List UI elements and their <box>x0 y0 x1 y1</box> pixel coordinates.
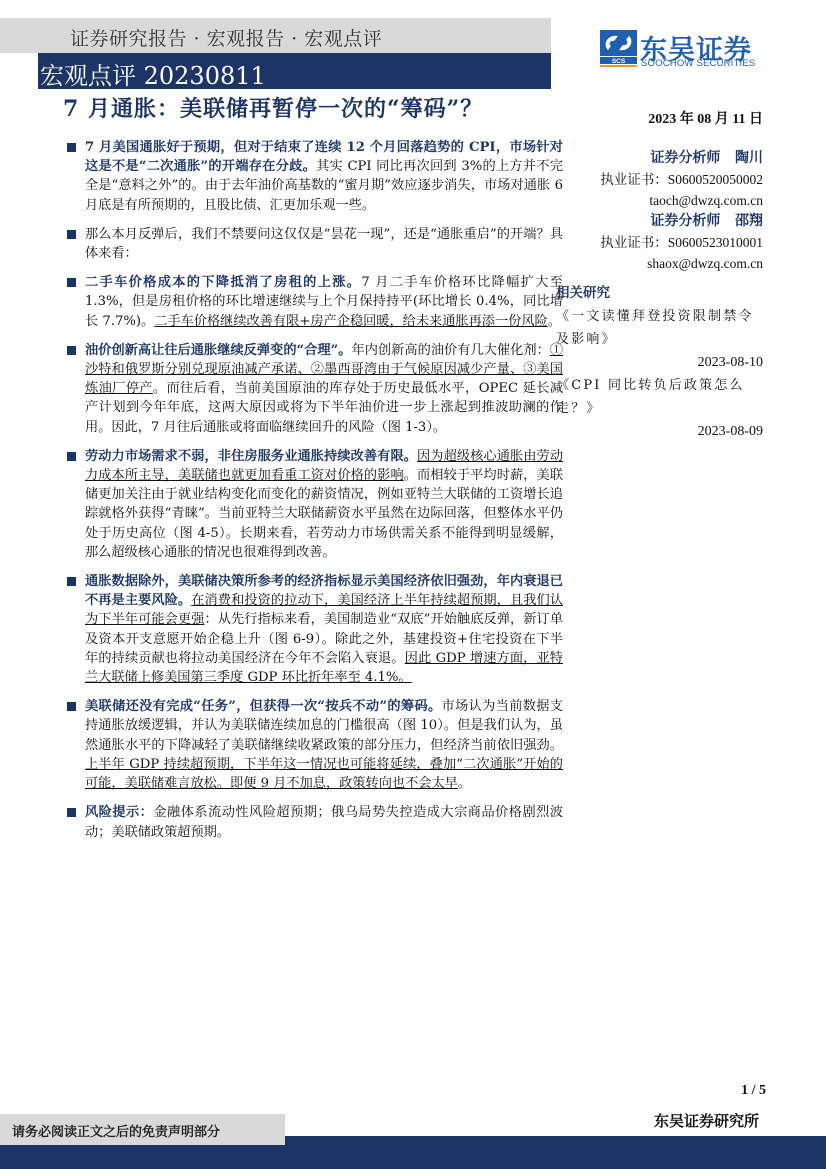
bullet-square-icon <box>67 230 76 239</box>
bullet-square-icon <box>67 702 76 711</box>
bullet-square-icon <box>67 143 76 152</box>
related-item-date: 2023-08-09 <box>556 420 763 443</box>
logo-en: SOOCHOW SECURITIES <box>641 58 755 69</box>
related-item-title[interactable]: 《一文读懂拜登投资限制禁令及影响》 <box>556 305 763 351</box>
related-item-title[interactable]: 《CPI 同比转负后政策怎么走？》 <box>556 374 763 420</box>
analyst-cert: 执业证书：S0600520050002 <box>583 169 763 190</box>
bullet-item: 风险提示：金融体系流动性风险超预期；俄乌局势失控造成大宗商品价格剧烈波动；美联储… <box>63 803 563 841</box>
related-heading: 相关研究 <box>556 282 763 305</box>
analyst-role: 证券分析师 <box>650 213 720 229</box>
scs-logo-icon: SCS <box>600 30 637 67</box>
bullet-item: 通胀数据除外，美联储决策所参考的经济指标显示美国经济依旧强劲，年内衰退已不再是主… <box>63 572 563 687</box>
analyst-panel: 证券分析师 陶川 执业证书：S0600520050002 taoch@dwzq.… <box>583 148 763 274</box>
analyst-card: 证券分析师 陶川 执业证书：S0600520050002 taoch@dwzq.… <box>583 148 763 211</box>
bullet-item: 二手车价格成本的下降抵消了房租的上涨。7 月二手车价格环比降幅扩大至 1.3%，… <box>63 273 563 331</box>
analyst-name: 陶川 <box>735 150 763 166</box>
bullet-item: 劳动力市场需求不弱，非住房服务业通胀持续改善有限。因为超级核心通胀由劳动力成本所… <box>63 447 563 562</box>
bullet-item: 油价创新高让往后通胀继续反弹变的“合理”。年内创新高的油价有几大催化剂：①沙特和… <box>63 341 563 437</box>
header-breadcrumb-bar: 证券研究报告 · 宏观报告 · 宏观点评 <box>0 18 551 53</box>
disclaimer-text: 请务必阅读正文之后的免责声明部分 <box>12 1121 220 1140</box>
bullet-square-icon <box>67 808 76 817</box>
bullet-item: 那么本月反弹后，我们不禁要问这仅仅是“昙花一现”，还是“通胀重启”的开端？具体来… <box>63 225 563 263</box>
breadcrumb: 证券研究报告 · 宏观报告 · 宏观点评 <box>70 24 382 51</box>
analyst-email[interactable]: shaox@dwzq.com.cn <box>583 253 763 274</box>
header-series-bar: 宏观点评 20230811 <box>38 53 551 89</box>
analyst-name: 邵翔 <box>735 213 763 229</box>
company-logo: SCS 东吴证券 SOOCHOW SECURITIES <box>600 30 770 70</box>
related-research: 相关研究 《一文读懂拜登投资限制禁令及影响》 2023-08-10 《CPI 同… <box>556 282 763 443</box>
svg-text:SCS: SCS <box>612 58 626 65</box>
page-title: 7 月通胀：美联储再暂停一次的“筹码”？ <box>63 92 483 123</box>
footer-org: 东吴证券研究所 <box>654 1110 759 1131</box>
bullet-item: 美联储还没有完成“任务”，但获得一次“按兵不动”的筹码。市场认为当前数据支持通胀… <box>63 697 563 793</box>
bullet-square-icon <box>67 577 76 586</box>
disclaimer-bar: 请务必阅读正文之后的免责声明部分 <box>0 1114 285 1145</box>
bullet-item: 7 月美国通胀好于预期，但对于结束了连续 12 个月回落趋势的 CPI，市场针对… <box>63 138 563 215</box>
analyst-card: 证券分析师 邵翔 执业证书：S0600523010001 shaox@dwzq.… <box>583 211 763 274</box>
bullet-square-icon <box>67 346 76 355</box>
summary-bullets: 7 月美国通胀好于预期，但对于结束了连续 12 个月回落趋势的 CPI，市场针对… <box>63 138 563 852</box>
bullet-square-icon <box>67 452 76 461</box>
series-label: 宏观点评 20230811 <box>40 56 266 91</box>
report-date: 2023 年 08 月 11 日 <box>648 108 763 128</box>
analyst-cert: 执业证书：S0600523010001 <box>583 232 763 253</box>
bullet-square-icon <box>67 278 76 287</box>
page-number: 1 / 5 <box>741 1083 766 1099</box>
related-item-date: 2023-08-10 <box>556 351 763 374</box>
analyst-role: 证券分析师 <box>650 150 720 166</box>
analyst-email[interactable]: taoch@dwzq.com.cn <box>583 190 763 211</box>
